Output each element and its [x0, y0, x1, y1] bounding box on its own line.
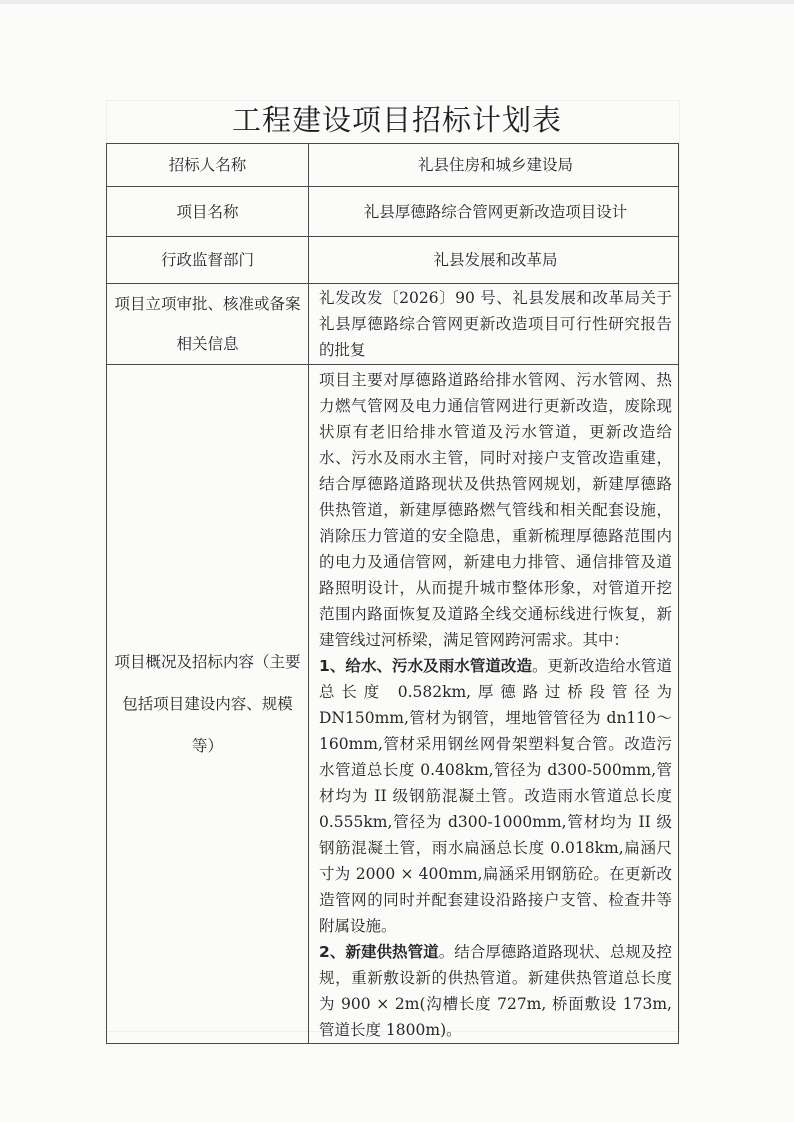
page-scan-edge: [0, 0, 794, 4]
table-row-approval-info: 项目立项审批、核准或备案相关信息 礼发改发〔2026〕90 号、礼县发展和改革局…: [107, 284, 679, 365]
tender-plan-table: 招标人名称 礼县住房和城乡建设局 项目名称 礼县厚德路综合管网更新改造项目设计 …: [106, 143, 679, 1044]
section-2-heading: 2、新建供热管道: [319, 943, 439, 961]
row-label-tenderer: 招标人名称: [107, 144, 309, 187]
overview-section-2: 2、新建供热管道。结合厚德路道路现状、总规及控规，重新敷设新的供热管道。新建供热…: [319, 939, 672, 1043]
table-row-project-name: 项目名称 礼县厚德路综合管网更新改造项目设计: [107, 187, 679, 237]
row-label-project-overview: 项目概况及招标内容（主要包括项目建设内容、规模等）: [107, 365, 309, 1044]
document-title: 工程建设项目招标计划表: [0, 100, 794, 140]
row-value-approval-info: 礼发改发〔2026〕90 号、礼县发展和改革局关于礼县厚德路综合管网更新改造项目…: [309, 284, 679, 365]
table-row-supervision-dept: 行政监督部门 礼县发展和改革局: [107, 237, 679, 284]
table-row-tenderer: 招标人名称 礼县住房和城乡建设局: [107, 144, 679, 187]
row-label-approval-info: 项目立项审批、核准或备案相关信息: [107, 284, 309, 365]
row-label-project-name: 项目名称: [107, 187, 309, 237]
row-value-supervision-dept: 礼县发展和改革局: [309, 237, 679, 284]
row-value-project-name: 礼县厚德路综合管网更新改造项目设计: [309, 187, 679, 237]
overview-intro: 项目主要对厚德路道路给排水管网、污水管网、热力燃气管网及电力通信管网进行更新改造…: [319, 367, 672, 653]
overview-section-1: 1、给水、污水及雨水管道改造。更新改造给水管道总长度 0.582km,厚德路过桥…: [319, 653, 672, 939]
section-1-text: 。更新改造给水管道总长度 0.582km,厚德路过桥段管径为 DN150mm,管…: [319, 657, 672, 935]
row-label-supervision-dept: 行政监督部门: [107, 237, 309, 284]
row-value-tenderer: 礼县住房和城乡建设局: [309, 144, 679, 187]
row-value-project-overview: 项目主要对厚德路道路给排水管网、污水管网、热力燃气管网及电力通信管网进行更新改造…: [309, 365, 679, 1044]
table-row-project-overview: 项目概况及招标内容（主要包括项目建设内容、规模等） 项目主要对厚德路道路给排水管…: [107, 365, 679, 1044]
section-1-heading: 1、给水、污水及雨水管道改造: [319, 657, 532, 675]
